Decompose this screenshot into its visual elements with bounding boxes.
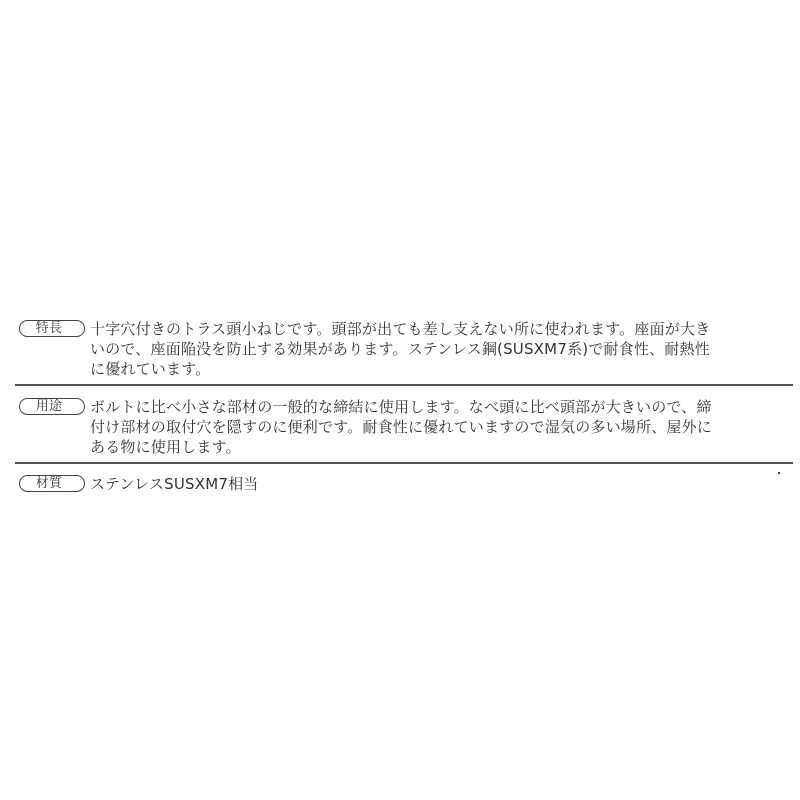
label-pill-material: 材質	[19, 475, 85, 492]
material-text: ステンレスSUSXM7相当	[90, 474, 793, 494]
divider-2	[15, 462, 793, 464]
spec-row-usage: 用途 ボルトに比べ小さな部材の一般的な締結に使用します。なべ頭に比べ頭部が大きい…	[15, 397, 793, 457]
spec-block: 特長 十字穴付きのトラス頭小ねじです。頭部が出ても差し支えない所に使われます。座…	[15, 319, 793, 494]
label-pill-usage: 用途	[19, 398, 85, 415]
label-pill-features: 特長	[19, 320, 85, 337]
divider-1	[15, 384, 793, 386]
spec-row-features: 特長 十字穴付きのトラス頭小ねじです。頭部が出ても差し支えない所に使われます。座…	[15, 319, 793, 379]
features-text: 十字穴付きのトラス頭小ねじです。頭部が出ても差し支えない所に使われます。座面が大…	[90, 319, 793, 379]
spec-row-material: 材質 ステンレスSUSXM7相当	[15, 474, 793, 494]
usage-text: ボルトに比べ小さな部材の一般的な締結に使用します。なべ頭に比べ頭部が大きいので、…	[90, 397, 793, 457]
stray-dot	[778, 472, 780, 474]
